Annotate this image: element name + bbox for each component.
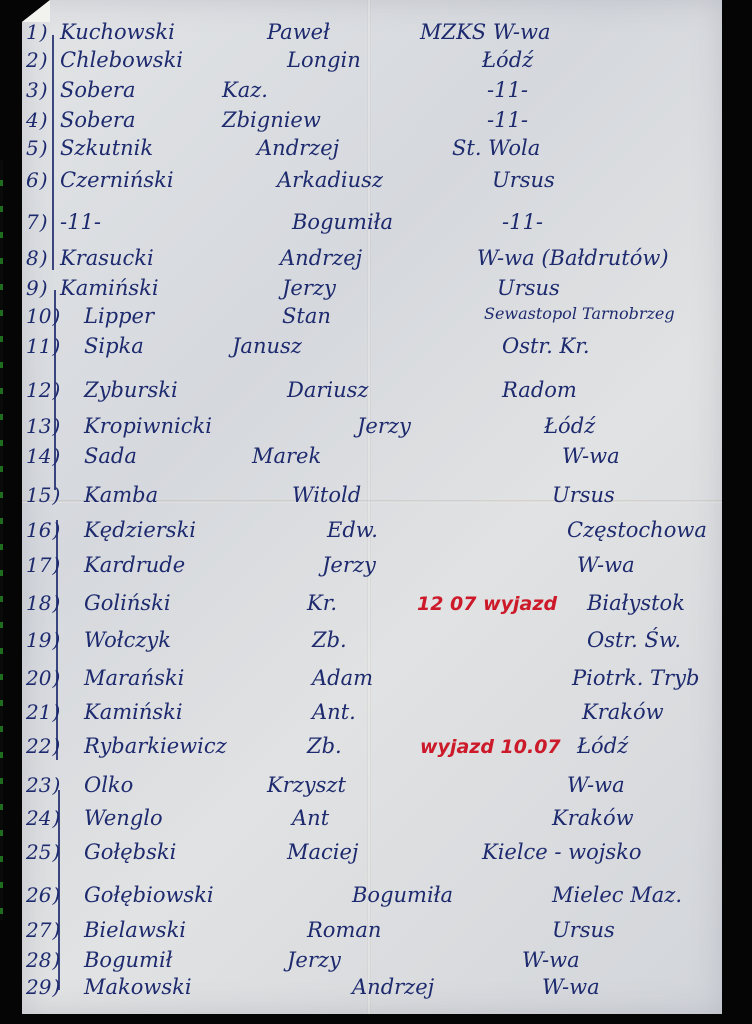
entry-number: 23: [26, 773, 66, 797]
entry-surname: Kropiwnicki: [84, 414, 212, 438]
entry-club: Ostr. Kr.: [502, 334, 590, 358]
list-item: 16 Kędzierski Edw. Częstochowa: [22, 518, 722, 550]
list-item: 11 Sipka Janusz Ostr. Kr.: [22, 334, 722, 366]
entry-club: W-wa: [542, 975, 600, 999]
entry-club: St. Wola: [452, 136, 540, 160]
entry-club: Ursus: [492, 168, 555, 192]
entry-club: W-wa: [577, 553, 635, 577]
paper-sheet: 1 Kuchowski Paweł MZKS W-wa 2 Chlebowski…: [22, 0, 722, 1014]
entry-surname: Marański: [84, 666, 184, 690]
entry-surname: Lipper: [84, 304, 154, 328]
entry-club: W-wa: [522, 948, 580, 972]
list-item: 12 Zyburski Dariusz Radom: [22, 378, 722, 410]
entry-surname: Bogumił: [84, 948, 172, 972]
list-item: 26 Gołębiowski Bogumiła Mielec Maz.: [22, 883, 722, 915]
list-item: 17 Kardrude Jerzy W-wa: [22, 553, 722, 585]
entry-number: 16: [26, 518, 66, 542]
entry-firstname: Krzyszt: [267, 773, 346, 797]
entry-firstname: Adam: [312, 666, 373, 690]
list-item: 24 Wenglo Ant Kraków: [22, 806, 722, 838]
entry-surname: Kardrude: [84, 553, 185, 577]
list-item: 2 Chlebowski Longin Łódź: [22, 48, 722, 80]
entry-number: 28: [26, 948, 66, 972]
list-item: 14 Sada Marek W-wa: [22, 444, 722, 476]
entry-surname: Sobera: [60, 108, 135, 132]
entry-surname: Sipka: [84, 334, 144, 358]
entry-club: Kraków: [552, 806, 634, 830]
list-item: 18 Goliński Kr. Białystok: [22, 591, 722, 623]
entry-surname: Kamiński: [60, 276, 159, 300]
red-annotation: 12 07 wyjazd: [417, 593, 557, 615]
scan-edge-marks: [0, 160, 3, 920]
entry-firstname: Stan: [282, 304, 331, 328]
entry-club: Ursus: [552, 918, 615, 942]
list-item: 20 Marański Adam Piotrk. Tryb: [22, 666, 722, 698]
entry-firstname: Longin: [287, 48, 361, 72]
entry-club: Piotrk. Tryb: [572, 666, 699, 690]
entry-surname: Sada: [84, 444, 137, 468]
entry-number: 29: [26, 975, 66, 999]
entry-club: Ursus: [497, 276, 560, 300]
entry-surname: Szkutnik: [60, 136, 153, 160]
list-item: 21 Kamiński Ant. Kraków: [22, 700, 722, 732]
entry-firstname: Andrzej: [280, 246, 362, 270]
entry-surname: Kędzierski: [84, 518, 196, 542]
list-item: 8 Krasucki Andrzej W-wa (Bałdrutów): [22, 246, 722, 278]
entry-club: -11-: [487, 108, 528, 132]
list-item: 3 Sobera Kaz. -11-: [22, 78, 722, 110]
entry-number: 19: [26, 628, 66, 652]
entry-club: Ostr. Św.: [587, 628, 681, 652]
red-annotation: wyjazd 10.07: [420, 736, 561, 758]
entry-club: Kielce - wojsko: [482, 840, 641, 864]
entry-surname: Sobera: [60, 78, 135, 102]
list-item: 23 Olko Krzyszt W-wa: [22, 773, 722, 805]
entry-firstname: Zb.: [307, 734, 342, 758]
entry-number: 18: [26, 591, 66, 615]
list-item: 5 Szkutnik Andrzej St. Wola: [22, 136, 722, 168]
entry-number: 13: [26, 414, 66, 438]
entry-number: 11: [26, 334, 66, 358]
entry-number: 24: [26, 806, 66, 830]
list-item: 27 Bielawski Roman Ursus: [22, 918, 722, 950]
entry-firstname: Ant: [292, 806, 329, 830]
entry-number: 20: [26, 666, 66, 690]
entry-club: Białystok: [587, 591, 685, 615]
list-item: 22 Rybarkiewicz Zb. Łódź: [22, 734, 722, 766]
entry-firstname: Arkadiusz: [277, 168, 383, 192]
list-item: 25 Gołębski Maciej Kielce - wojsko: [22, 840, 722, 872]
entry-club: Sewastopol Tarnobrzeg: [484, 304, 675, 323]
entry-club: W-wa (Bałdrutów): [477, 246, 669, 270]
entry-surname: Gołębiowski: [84, 883, 214, 907]
entry-firstname: Edw.: [327, 518, 378, 542]
entry-club: Radom: [502, 378, 577, 402]
entry-number: 10: [26, 304, 66, 328]
list-item: 13 Kropiwnicki Jerzy Łódź: [22, 414, 722, 446]
entry-firstname: Jerzy: [287, 948, 341, 972]
entry-number: 14: [26, 444, 66, 468]
entry-firstname: Janusz: [232, 334, 302, 358]
entry-firstname: Andrzej: [257, 136, 339, 160]
entry-club: Kraków: [582, 700, 664, 724]
entry-firstname: Jerzy: [282, 276, 336, 300]
entry-club: Mielec Maz.: [552, 883, 682, 907]
entry-club: Ursus: [552, 483, 615, 507]
entry-surname: Makowski: [84, 975, 192, 999]
entry-club: MZKS W-wa: [420, 20, 551, 44]
list-item: 19 Wołczyk Zb. Ostr. Św.: [22, 628, 722, 660]
entry-firstname: Jerzy: [322, 553, 376, 577]
entry-surname: Bielawski: [84, 918, 186, 942]
entry-club: Łódź: [482, 48, 533, 72]
list-item: 7 -11- Bogumiła -11-: [22, 210, 722, 242]
entry-firstname: Marek: [252, 444, 321, 468]
entry-firstname: Kaz.: [222, 78, 268, 102]
entry-firstname: Kr.: [307, 591, 337, 615]
entry-firstname: Dariusz: [287, 378, 368, 402]
entry-surname: Krasucki: [60, 246, 154, 270]
list-item: 6 Czerniński Arkadiusz Ursus: [22, 168, 722, 200]
entry-club: W-wa: [567, 773, 625, 797]
entry-club: Łódź: [577, 734, 628, 758]
entry-club: -11-: [487, 78, 528, 102]
entry-number: 17: [26, 553, 66, 577]
entry-number: 27: [26, 918, 66, 942]
entry-surname: Kuchowski: [60, 20, 175, 44]
entry-firstname: Maciej: [287, 840, 358, 864]
entry-firstname: Roman: [307, 918, 381, 942]
entry-club: -11-: [502, 210, 543, 234]
entry-firstname: Paweł: [267, 20, 330, 44]
list-item: 10 Lipper Stan Sewastopol Tarnobrzeg: [22, 304, 722, 336]
entry-firstname: Andrzej: [352, 975, 434, 999]
entry-surname: Czerniński: [60, 168, 174, 192]
entry-surname: Gołębski: [84, 840, 176, 864]
entry-surname: Wenglo: [84, 806, 163, 830]
entry-firstname: Zb.: [312, 628, 347, 652]
list-item: 15 Kamba Witold Ursus: [22, 483, 722, 515]
entry-firstname: Bogumiła: [292, 210, 393, 234]
entry-firstname: Witold: [292, 483, 361, 507]
entry-number: 12: [26, 378, 66, 402]
entry-firstname: Zbigniew: [222, 108, 321, 132]
entry-surname: Zyburski: [84, 378, 178, 402]
entry-surname: Kamiński: [84, 700, 183, 724]
entry-club: W-wa: [562, 444, 620, 468]
entry-surname: Chlebowski: [60, 48, 183, 72]
entry-number: 26: [26, 883, 66, 907]
entry-surname: Wołczyk: [84, 628, 171, 652]
entry-number: 21: [26, 700, 66, 724]
entry-firstname: Ant.: [312, 700, 356, 724]
entry-surname: -11-: [60, 210, 101, 234]
entry-number: 22: [26, 734, 66, 758]
entry-firstname: Bogumiła: [352, 883, 453, 907]
list-item: 29 Makowski Andrzej W-wa: [22, 975, 722, 1007]
entry-club: Łódź: [544, 414, 595, 438]
entry-number: 15: [26, 483, 66, 507]
entry-surname: Kamba: [84, 483, 158, 507]
entry-surname: Rybarkiewicz: [84, 734, 227, 758]
entry-firstname: Jerzy: [357, 414, 411, 438]
folded-corner: [22, 0, 52, 24]
entry-number: 25: [26, 840, 66, 864]
entry-club: Częstochowa: [567, 518, 707, 542]
entry-surname: Goliński: [84, 591, 171, 615]
entry-surname: Olko: [84, 773, 133, 797]
